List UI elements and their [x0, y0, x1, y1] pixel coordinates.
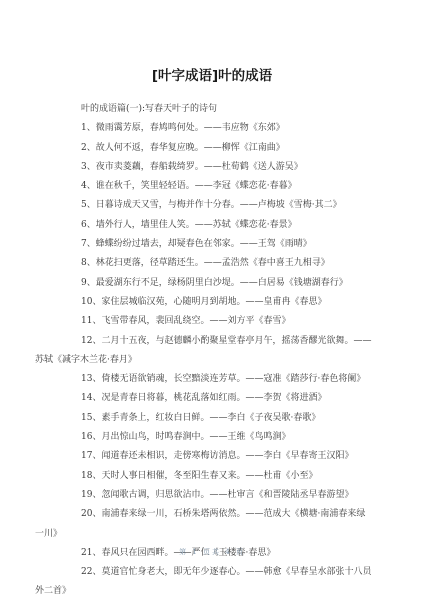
document-body: 叶的成语篇(一):写春天叶子的诗句 1、微雨霭芳原，春鸠鸣何处。——韦应物《东郊… — [58, 100, 370, 600]
document-title: [叶字成语]叶的成语 — [0, 64, 424, 84]
poem-line-16: 16、月出惊山鸟，时鸣春涧中。——王维《鸟鸣涧》 — [58, 428, 370, 447]
poem-line-9: 9、最爱湖东行不足，绿杨阴里白沙堤。——白居易《钱塘湖春行》 — [58, 274, 370, 293]
poem-line-4: 4、谁在秋千，笑里轻轻语。——李冠《蝶恋花·春暮》 — [58, 177, 370, 196]
page-number-footer: 第 1 页共 4 页 — [0, 547, 424, 557]
poem-line-3: 3、夜市卖菱藕，春船载绮罗。——杜荀鹤《送人游吴》 — [58, 158, 370, 177]
poem-line-12-continued: 苏轼《减字木兰花·春月》 — [35, 351, 370, 370]
poem-line-8: 8、林花扫更落，径草踏还生。——孟浩然《春中喜王九相寻》 — [58, 254, 370, 273]
poem-line-18: 18、天时人事日相催，冬至阳生春又来。——杜甫《小至》 — [58, 467, 370, 486]
poem-line-15: 15、素手青条上，红妆白日鲜。——李白《子夜吴歌·春歌》 — [58, 409, 370, 428]
poem-line-19: 19、忽闻歌古调，归思欲沾巾。——杜审言《和晋陵陆丞早春游望》 — [58, 486, 370, 505]
poem-line-22-continued: 外二首》 — [35, 582, 370, 600]
poem-line-2: 2、故人何不返，春华复应晚。——柳恽《江南曲》 — [58, 139, 370, 158]
document-page: [叶字成语]叶的成语 叶的成语篇(一):写春天叶子的诗句 1、微雨霭芳原，春鸠鸣… — [0, 0, 424, 600]
section-heading: 叶的成语篇(一):写春天叶子的诗句 — [58, 100, 370, 119]
poem-line-20: 20、南浦春来绿一川，石桥朱塔两依然。——范成大《横塘·南浦春来绿 — [58, 505, 370, 524]
poem-line-20-continued: 一川》 — [35, 525, 370, 544]
poem-line-7: 7、蜂蝶纷纷过墙去，却疑春色在邻家。——王驾《雨晴》 — [58, 235, 370, 254]
poem-line-5: 5、日暮诗成天又雪，与梅并作十分春。——卢梅坡《雪梅·其二》 — [58, 196, 370, 215]
poem-line-10: 10、家住层城临汉苑，心随明月到胡地。——皇甫冉《春思》 — [58, 293, 370, 312]
poem-line-17: 17、闻道春还未相识，走傍寒梅访消息。——李白《早春寄王汉阳》 — [58, 447, 370, 466]
poem-line-6: 6、墙外行人，墙里佳人笑。——苏轼《蝶恋花·春景》 — [58, 216, 370, 235]
poem-line-11: 11、飞雪带春风，裴回乱绕空。——刘方平《春雪》 — [58, 312, 370, 331]
poem-line-12: 12、二月十五夜，与赵德麟小酌聚星堂春亭月午，摇荡香醪光欲舞。—— — [58, 332, 370, 351]
poem-line-13: 13、倚楼无语欲销魂，长空黯淡连芳草。——寇准《踏莎行·春色将阑》 — [58, 370, 370, 389]
poem-line-14: 14、况是青春日将暮，桃花乱落如红雨。——李贺《将进酒》 — [58, 389, 370, 408]
poem-line-1: 1、微雨霭芳原，春鸠鸣何处。——韦应物《东郊》 — [58, 119, 370, 138]
poem-line-22: 22、莫道官忙身老大，即无年少逐春心。——韩愈《早春呈水部张十八员 — [58, 563, 370, 582]
